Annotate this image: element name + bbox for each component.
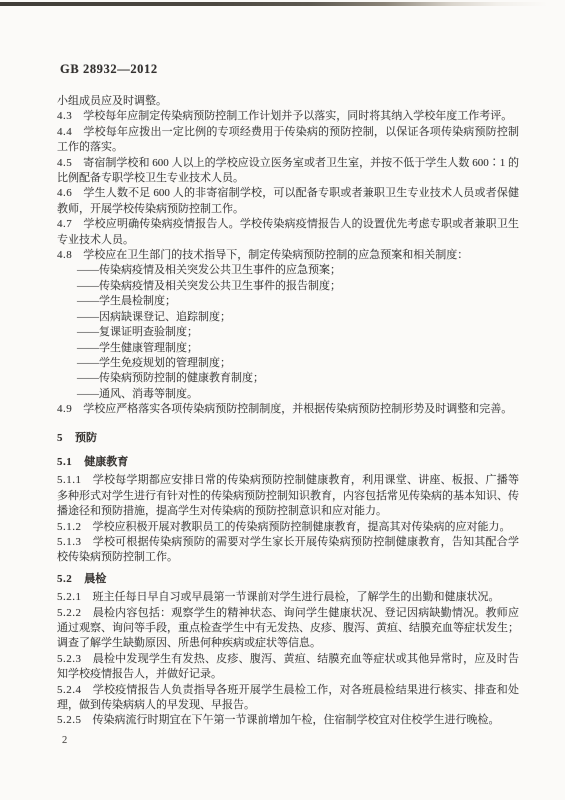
dash-item-text: ——复课证明查验制度； — [77, 326, 198, 338]
clause-4-4: 4.4学校每年应拨出一定比例的专项经费用于传染病的预防控制，以保证各项传染病预防… — [57, 125, 519, 156]
clause-5-2-3: 5.2.3晨检中发现学生有发热、皮疹、腹泻、黄疸、结膜充血等症状或其他异常时，应… — [57, 652, 519, 683]
clause-text: 晨检内容包括：观察学生的精神状态、询问学生健康状况、登记因病缺勤情况。教师应通过… — [57, 607, 519, 650]
clause-number: 4.9 — [57, 403, 72, 415]
section-heading-5: 5预防 — [57, 431, 519, 446]
clause-number: 5.2.5 — [57, 714, 82, 726]
section-title: 晨检 — [84, 573, 106, 585]
clause-text: 学校可根据传染病预防的需要对学生家长开展传染病预防控制健康教育，告知其配合学校传… — [57, 536, 519, 563]
clause-number: 5.2.3 — [57, 653, 82, 665]
page-number: 2 — [62, 735, 67, 746]
clause-text: 学校应明确传染病疫情报告人。学校传染病疫情报告人的设置优先考虑专职或者兼职卫生专… — [57, 218, 519, 245]
clause-number: 4.7 — [57, 218, 72, 230]
clause-number: 5.1.3 — [57, 536, 82, 548]
clause-text: 学校应严格落实各项传染病预防控制制度，并根据传染病预防控制形势及时调整和完善。 — [83, 403, 512, 415]
dash-item: ——传染病预防控制的健康教育制度； — [57, 371, 519, 386]
clause-text: 学校每学期都应安排日常的传染病预防控制健康教育，利用课堂、讲座、板报、广播等多种… — [57, 474, 519, 517]
standard-number: GB 28932—2012 — [60, 62, 158, 77]
paragraph-continuation: 小组成员应及时调整。 — [57, 94, 519, 109]
dash-item: ——传染病疫情及相关突发公共卫生事件的报告制度； — [57, 279, 519, 294]
dash-item-text: ——学生晨检制度； — [77, 295, 176, 307]
section-title: 健康教育 — [84, 456, 128, 468]
clause-4-5: 4.5寄宿制学校和 600 人以上的学校应设立医务室或者卫生室，并按不低于学生人… — [57, 156, 519, 187]
clause-5-1-1: 5.1.1学校每学期都应安排日常的传染病预防控制健康教育，利用课堂、讲座、板报、… — [57, 473, 519, 519]
clause-text: 传染病流行时期宜在下午第一节课前增加午检，住宿制学校宜对住校学生进行晚检。 — [93, 714, 500, 726]
section-heading-5-1: 5.1健康教育 — [57, 455, 519, 470]
clause-number: 4.4 — [57, 126, 72, 138]
clause-text: 寄宿制学校和 600 人以上的学校应设立医务室或者卫生室，并按不低于学生人数 6… — [57, 157, 519, 184]
dash-item-text: ——学生健康管理制度； — [77, 342, 198, 354]
dash-item: ——传染病疫情及相关突发公共卫生事件的应急预案； — [57, 263, 519, 278]
clause-number: 4.6 — [57, 187, 72, 199]
clause-4-9: 4.9学校应严格落实各项传染病预防控制制度，并根据传染病预防控制形势及时调整和完… — [57, 402, 519, 417]
section-number: 5 — [57, 432, 63, 444]
dash-item: ——学生晨检制度； — [57, 294, 519, 309]
clause-text: 学校每年应制定传染病预防控制工作计划并予以落实，同时将其纳入学校年度工作考评。 — [83, 110, 512, 122]
dash-item: ——复课证明查验制度； — [57, 325, 519, 340]
dash-item: ——学生健康管理制度； — [57, 341, 519, 356]
section-title: 预防 — [75, 432, 97, 444]
document-body: 小组成员应及时调整。 4.3学校每年应制定传染病预防控制工作计划并予以落实，同时… — [57, 94, 519, 729]
clause-number: 5.1.2 — [57, 521, 82, 533]
clause-number: 5.2.2 — [57, 607, 82, 619]
clause-4-8: 4.8学校应在卫生部门的技术指导下，制定传染病预防控制的应急预案和相关制度： — [57, 248, 519, 263]
dash-item-text: ——传染病预防控制的健康教育制度； — [77, 372, 264, 384]
scan-edge-artifact — [0, 2, 565, 6]
clause-5-1-3: 5.1.3学校可根据传染病预防的需要对学生家长开展传染病预防控制健康教育，告知其… — [57, 535, 519, 566]
paragraph-text: 小组成员应及时调整。 — [57, 95, 167, 107]
dash-item-text: ——通风、消毒等制度。 — [77, 388, 198, 400]
clause-text: 学校应积极开展对教职员工的传染病预防控制健康教育，提高其对传染病的应对能力。 — [93, 521, 511, 533]
clause-5-2-4: 5.2.4学校疫情报告人负责指导各班开展学生晨检工作，对各班晨检结果进行核实、排… — [57, 683, 519, 714]
clause-5-2-1: 5.2.1班主任每日早自习或早晨第一节课前对学生进行晨检，了解学生的出勤和健康状… — [57, 590, 519, 605]
clause-4-3: 4.3学校每年应制定传染病预防控制工作计划并予以落实，同时将其纳入学校年度工作考… — [57, 109, 519, 124]
clause-text: 学校每年应拨出一定比例的专项经费用于传染病的预防控制，以保证各项传染病预防控制工… — [57, 126, 519, 153]
clause-4-7: 4.7学校应明确传染病疫情报告人。学校传染病疫情报告人的设置优先考虑专职或者兼职… — [57, 217, 519, 248]
clause-number: 4.5 — [57, 157, 72, 169]
dash-item: ——通风、消毒等制度。 — [57, 387, 519, 402]
clause-number: 5.2.1 — [57, 591, 82, 603]
clause-text: 班主任每日早自习或早晨第一节课前对学生进行晨检，了解学生的出勤和健康状况。 — [93, 591, 500, 603]
section-number: 5.1 — [57, 456, 72, 468]
section-heading-5-2: 5.2晨检 — [57, 572, 519, 587]
dash-item-text: ——因病缺课登记、追踪制度； — [77, 311, 231, 323]
dash-item: ——学生免疫规划的管理制度； — [57, 356, 519, 371]
dash-item-text: ——传染病疫情及相关突发公共卫生事件的报告制度； — [77, 280, 341, 292]
clause-number: 5.1.1 — [57, 474, 82, 486]
section-number: 5.2 — [57, 573, 72, 585]
dash-item-text: ——学生免疫规划的管理制度； — [77, 357, 231, 369]
clause-5-1-2: 5.1.2学校应积极开展对教职员工的传染病预防控制健康教育，提高其对传染病的应对… — [57, 520, 519, 535]
clause-text: 晨检中发现学生有发热、皮疹、腹泻、黄疸、结膜充血等症状或其他异常时，应及时告知学… — [57, 653, 519, 680]
clause-text: 学生人数不足 600 人的非寄宿制学校，可以配备专职或者兼职卫生专业技术人员或者… — [57, 187, 519, 214]
clause-text: 学校疫情报告人负责指导各班开展学生晨检工作，对各班晨检结果进行核实、排查和处理，… — [57, 684, 519, 711]
scanned-document-page: GB 28932—2012 小组成员应及时调整。 4.3学校每年应制定传染病预防… — [0, 0, 565, 800]
dash-item-text: ——传染病疫情及相关突发公共卫生事件的应急预案； — [77, 264, 341, 276]
clause-5-2-5: 5.2.5传染病流行时期宜在下午第一节课前增加午检，住宿制学校宜对住校学生进行晚… — [57, 713, 519, 728]
clause-5-2-2: 5.2.2晨检内容包括：观察学生的精神状态、询问学生健康状况、登记因病缺勤情况。… — [57, 606, 519, 652]
dash-item: ——因病缺课登记、追踪制度； — [57, 310, 519, 325]
clause-number: 4.3 — [57, 110, 72, 122]
clause-number: 4.8 — [57, 249, 72, 261]
clause-text: 学校应在卫生部门的技术指导下，制定传染病预防控制的应急预案和相关制度： — [83, 249, 468, 261]
clause-4-6: 4.6学生人数不足 600 人的非寄宿制学校，可以配备专职或者兼职卫生专业技术人… — [57, 186, 519, 217]
clause-number: 5.2.4 — [57, 684, 82, 696]
